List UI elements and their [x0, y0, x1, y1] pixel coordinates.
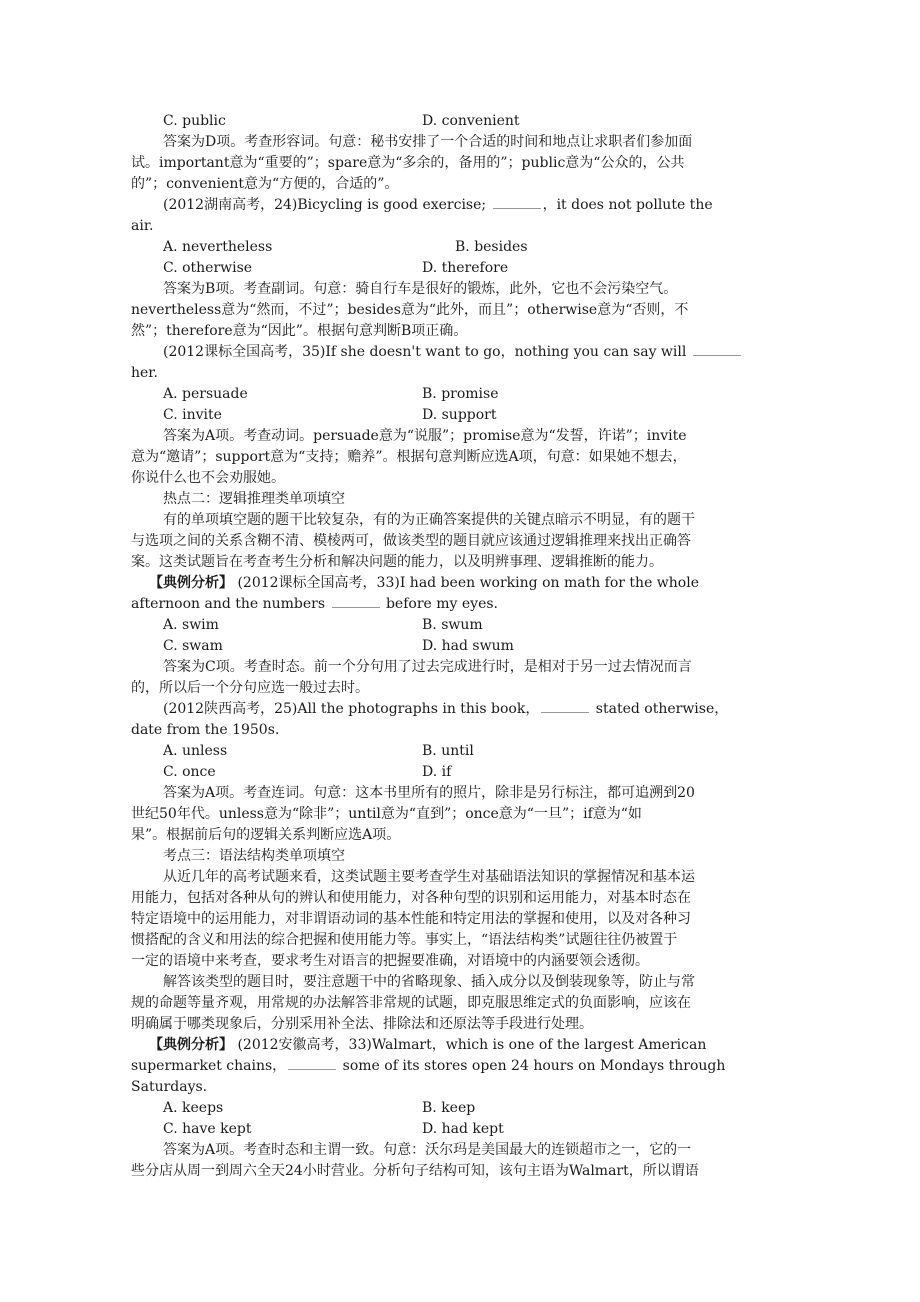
stem-text: afternoon and the numbers	[131, 596, 330, 612]
options-row: C. have kept D. had kept	[131, 1119, 791, 1140]
question-stem-cont: Saturdays.	[131, 1077, 791, 1098]
option-b: B. swum	[422, 615, 483, 636]
option-c: C. swam	[163, 636, 223, 657]
stem-text: (2012湖南高考，24)Bicycling is good exercise;	[163, 197, 491, 213]
option-a: A. persuade	[163, 384, 248, 405]
answer-line: nevertheless意为“然而，不过”；besides意为“此外，而且”；o…	[131, 300, 791, 321]
section-heading: 考点三：语法结构类单项填空	[131, 846, 791, 867]
answer-line: 世纪50年代。unless意为“除非”；until意为“直到”；once意为“一…	[131, 804, 791, 825]
paragraph-line: 用能力，包括对各种从句的辨认和使用能力，对各种句型的识别和运用能力，对基本时态在	[131, 888, 791, 909]
paragraph-line: 规的命题等量齐观，用常规的办法解答非常规的试题，即克服思维定式的负面影响，应该在	[131, 993, 791, 1014]
example-label: 【典例分析】	[149, 575, 233, 591]
options-row: A. keeps B. keep	[131, 1098, 791, 1119]
options-row: A. swim B. swum	[131, 615, 791, 636]
options-row: C. otherwise D. therefore	[131, 258, 791, 279]
answer-line: 你说什么也不会劝服她。	[131, 468, 791, 489]
option-b: B. besides	[455, 237, 528, 258]
stem-text: (2012安徽高考，33)Walmart，which is one of the…	[233, 1037, 706, 1053]
answer-line: 答案为A项。考查时态和主谓一致。句意：沃尔玛是美国最大的连锁超市之一，它的一	[131, 1140, 791, 1161]
option-d: D. had kept	[422, 1119, 504, 1140]
options-row: C. once D. if	[131, 762, 791, 783]
answer-line: 的，所以后一个分句应选一般过去时。	[131, 678, 791, 699]
option-d: D. convenient	[422, 111, 520, 132]
stem-text: before my eyes.	[382, 596, 498, 612]
option-b: B. promise	[422, 384, 499, 405]
stem-text: (2012陕西高考，25)All the photographs in this…	[163, 701, 539, 717]
document-page: C. public D. convenient 答案为D项。考查形容词。句意：秘…	[131, 111, 791, 1182]
options-row: C. public D. convenient	[131, 111, 791, 132]
option-a: A. swim	[163, 615, 219, 636]
option-d: D. had swum	[422, 636, 514, 657]
stem-text: stated otherwise，	[591, 701, 728, 717]
stem-text: (2012课标全国高考，33)I had been working on mat…	[233, 575, 699, 591]
options-row: A. persuade B. promise	[131, 384, 791, 405]
option-c: C. public	[163, 111, 226, 132]
options-row: C. swam D. had swum	[131, 636, 791, 657]
option-a: A. keeps	[163, 1098, 223, 1119]
answer-blank	[493, 196, 541, 209]
option-c: C. once	[163, 762, 216, 783]
answer-line: 试。important意为“重要的”；spare意为“多余的，备用的”；publ…	[131, 153, 791, 174]
option-d: D. support	[422, 405, 497, 426]
question-stem: 【典例分析】 (2012课标全国高考，33)I had been working…	[131, 573, 791, 594]
answer-line: 答案为A项。考查连词。句意：这本书里所有的照片，除非是另行标注，都可追溯到20	[131, 783, 791, 804]
stem-text: (2012课标全国高考，35)If she doesn't want to go…	[163, 344, 691, 360]
paragraph-line: 一定的语境中来考查，要求考生对语言的把握要准确，对语境中的内涵要领会透彻。	[131, 951, 791, 972]
option-c: C. invite	[163, 405, 222, 426]
paragraph-line: 明确属于哪类现象后，分别采用补全法、排除法和还原法等手段进行处理。	[131, 1014, 791, 1035]
stem-text: ，it does not pollute the	[543, 197, 713, 213]
paragraph-line: 有的单项填空题的题干比较复杂，有的为正确答案提供的关键点暗示不明显，有的题干	[131, 510, 791, 531]
paragraph-line: 惯搭配的含义和用法的综合把握和使用能力等。事实上，“语法结构类”试题往往仍被置于	[131, 930, 791, 951]
question-stem-cont: supermarket chains， some of its stores o…	[131, 1056, 791, 1077]
answer-line: 答案为B项。考查副词。句意：骑自行车是很好的锻炼，此外，它也不会污染空气。	[131, 279, 791, 300]
answer-line: 答案为D项。考查形容词。句意：秘书安排了一个合适的时间和地点让求职者们参加面	[131, 132, 791, 153]
example-label: 【典例分析】	[149, 1037, 233, 1053]
answer-line: 意为“邀请”；support意为“支持；赡养”。根据句意判断应选A项，句意：如果…	[131, 447, 791, 468]
option-d: D. therefore	[422, 258, 508, 279]
answer-blank	[288, 1057, 336, 1070]
options-row: A. nevertheless B. besides	[131, 237, 791, 258]
answer-line: 答案为A项。考查动词。persuade意为“说服”；promise意为“发誓，许…	[131, 426, 791, 447]
answer-blank	[693, 343, 741, 356]
option-a: A. unless	[163, 741, 227, 762]
section-heading: 热点二：逻辑推理类单项填空	[131, 489, 791, 510]
question-stem: (2012湖南高考，24)Bicycling is good exercise;…	[131, 195, 791, 216]
answer-blank	[541, 700, 589, 713]
option-c: C. have kept	[163, 1119, 251, 1140]
answer-line: 果”。根据前后句的逻辑关系判断应选A项。	[131, 825, 791, 846]
paragraph-line: 特定语境中的运用能力，对非谓语动词的基本性能和特定用法的掌握和使用，以及对各种习	[131, 909, 791, 930]
answer-line: 答案为C项。考查时态。前一个分句用了过去完成进行时，是相对于另一过去情况而言	[131, 657, 791, 678]
question-stem: (2012陕西高考，25)All the photographs in this…	[131, 699, 791, 720]
question-stem: (2012课标全国高考，35)If she doesn't want to go…	[131, 342, 791, 363]
options-row: A. unless B. until	[131, 741, 791, 762]
option-a: A. nevertheless	[163, 237, 272, 258]
stem-text: supermarket chains，	[131, 1058, 286, 1074]
option-d: D. if	[422, 762, 451, 783]
answer-blank	[332, 595, 380, 608]
question-stem-cont: date from the 1950s.	[131, 720, 791, 741]
question-stem-cont: her.	[131, 363, 791, 384]
question-stem: 【典例分析】 (2012安徽高考，33)Walmart，which is one…	[131, 1035, 791, 1056]
question-stem-cont: afternoon and the numbers before my eyes…	[131, 594, 791, 615]
stem-text: some of its stores open 24 hours on Mond…	[338, 1058, 725, 1074]
option-b: B. keep	[422, 1098, 475, 1119]
paragraph-line: 从近几年的高考试题来看，这类试题主要考查学生对基础语法知识的掌握情况和基本运	[131, 867, 791, 888]
option-c: C. otherwise	[163, 258, 252, 279]
paragraph-line: 案。这类试题旨在考查考生分析和解决问题的能力，以及明辨事理、逻辑推断的能力。	[131, 552, 791, 573]
option-b: B. until	[422, 741, 474, 762]
options-row: C. invite D. support	[131, 405, 791, 426]
answer-line: 些分店从周一到周六全天24小时营业。分析句子结构可知，该句主语为Walmart，…	[131, 1161, 791, 1182]
answer-line: 然”；therefore意为“因此”。根据句意判断B项正确。	[131, 321, 791, 342]
answer-line: 的”；convenient意为“方便的，合适的”。	[131, 174, 791, 195]
paragraph-line: 与选项之间的关系含糊不清、模棱两可，做该类型的题目就应该通过逻辑推理来找出正确答	[131, 531, 791, 552]
paragraph-line: 解答该类型的题目时，要注意题干中的省略现象、插入成分以及倒装现象等，防止与常	[131, 972, 791, 993]
question-stem-cont: air.	[131, 216, 791, 237]
